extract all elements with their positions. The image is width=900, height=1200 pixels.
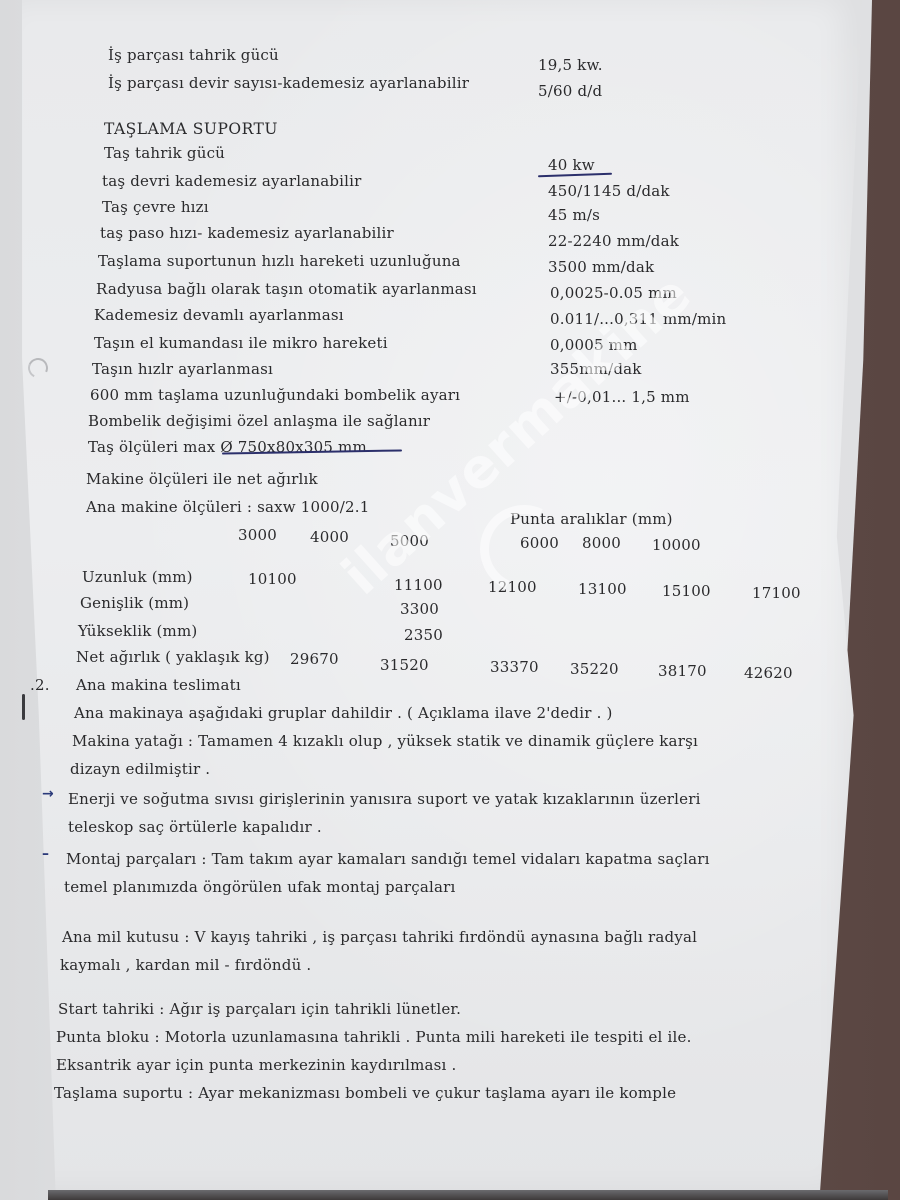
grinding-label: Taşın hızlr ayarlanması <box>92 360 273 378</box>
dimension-row-label: Yükseklik (mm) <box>78 622 197 640</box>
section-heading-grinding-support: TAŞLAMA SUPORTU <box>104 120 278 138</box>
grinding-label: taş paso hızı- kademesiz ayarlanabilir <box>100 224 394 242</box>
center-distance-value: 8000 <box>582 534 621 552</box>
center-distance-value: 4000 <box>310 528 349 546</box>
grinding-label: Taş çevre hızı <box>102 198 209 216</box>
delivery-paragraph: teleskop saç örtülerle kapalıdır . <box>68 818 322 836</box>
dimensions-heading: Makine ölçüleri ile net ağırlık <box>86 470 318 488</box>
pen-arrow-mark: → <box>42 786 54 802</box>
delivery-paragraph: Eksantrik ayar için punta merkezinin kay… <box>56 1056 456 1074</box>
grinding-label: Radyusa bağlı olarak taşın otomatik ayar… <box>96 280 477 298</box>
pen-dash-mark: – <box>42 846 49 862</box>
delivery-paragraph: Taşlama suportu : Ayar mekanizması bombe… <box>54 1084 676 1102</box>
delivery-paragraph: kaymalı , kardan mil - fırdöndü . <box>60 956 311 974</box>
delivery-paragraph: dizayn edilmiştir . <box>70 760 210 778</box>
dimension-value: 29670 <box>290 650 339 668</box>
delivery-paragraph: Montaj parçaları : Tam takım ayar kamala… <box>66 850 710 868</box>
dimension-value: 31520 <box>380 656 429 674</box>
delivery-paragraph: Enerji ve soğutma sıvısı girişlerinin ya… <box>68 790 701 808</box>
delivery-paragraph: Start tahriki : Ağır iş parçaları için t… <box>58 1000 461 1018</box>
center-distance-value: 3000 <box>238 526 277 544</box>
grinding-value: 450/1145 d/dak <box>548 182 670 200</box>
dimension-value: 17100 <box>752 584 801 602</box>
dimension-value: 33370 <box>490 658 539 676</box>
dimensions-subheading: Ana makine ölçüleri : saxw 1000/2.1 <box>86 498 369 516</box>
grinding-value: 22-2240 mm/dak <box>548 232 679 250</box>
page-bottom-edge <box>48 1190 888 1200</box>
dimension-value: 15100 <box>662 582 711 600</box>
delivery-paragraph: Ana mil kutusu : V kayış tahriki , iş pa… <box>62 928 697 946</box>
delivery-paragraph: temel planımızda öngörülen ufak montaj p… <box>64 878 456 896</box>
grinding-value: 45 m/s <box>548 206 600 224</box>
dimension-value: 2350 <box>404 626 443 644</box>
dimension-value: 10100 <box>248 570 297 588</box>
grinding-label: Taşın el kumandası ile mikro hareketi <box>94 334 388 352</box>
dimension-value: 38170 <box>658 662 707 680</box>
delivery-paragraph: Ana makinaya aşağıdaki gruplar dahildir … <box>74 704 613 722</box>
dimension-row-label: Net ağırlık ( yaklaşık kg) <box>76 648 270 666</box>
grinding-label: Bombelik değişimi özel anlaşma ile sağla… <box>88 412 430 430</box>
center-distance-value: 10000 <box>652 536 701 554</box>
grinding-label: Taş tahrik gücü <box>104 144 225 162</box>
dimension-row-label: Uzunluk (mm) <box>82 568 193 586</box>
dimension-value: 3300 <box>400 600 439 618</box>
grinding-label: Kademesiz devamlı ayarlanması <box>94 306 344 324</box>
grinding-label: taş devri kademesiz ayarlanabilir <box>102 172 362 190</box>
grinding-value-power: 40 kw <box>548 156 595 174</box>
dimension-row-label: Genişlik (mm) <box>80 594 189 612</box>
spec-label-workpiece-power: İş parçası tahrik gücü <box>108 46 279 64</box>
spec-value-workpiece-power: 19,5 kw. <box>538 56 603 74</box>
delivery-paragraph: Punta bloku : Motorla uzunlamasına tahri… <box>56 1028 692 1046</box>
spec-value-workpiece-speed: 5/60 d/d <box>538 82 602 100</box>
delivery-paragraph: Makina yatağı : Tamamen 4 kızaklı olup ,… <box>72 732 698 750</box>
pen-margin-mark <box>22 694 25 720</box>
grinding-label: Taşlama suportunun hızlı hareketi uzunlu… <box>98 252 461 270</box>
dimension-value: 42620 <box>744 664 793 682</box>
grinding-label: 600 mm taşlama uzunluğundaki bombelik ay… <box>90 386 460 404</box>
spec-label-workpiece-speed: İş parçası devir sayısı-kademesiz ayarla… <box>108 74 469 92</box>
grinding-value: 3500 mm/dak <box>548 258 654 276</box>
dimension-value: 13100 <box>578 580 627 598</box>
delivery-title: Ana makina teslimatı <box>76 676 241 694</box>
section-number: .2. <box>30 676 50 694</box>
dimension-value: 35220 <box>570 660 619 678</box>
